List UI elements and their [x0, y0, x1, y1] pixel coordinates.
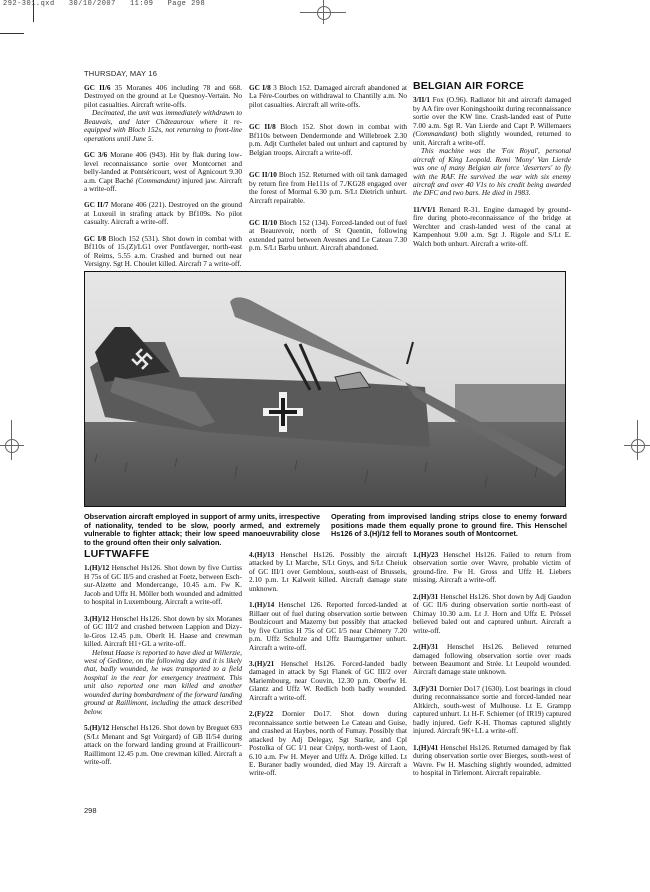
luftwaffe-column-3: 1.(H)/23 Henschel Hs126. Failed to retur… [413, 551, 571, 785]
entry-note: Decimated, the unit was immediately with… [84, 109, 242, 143]
entry: 2.(H)/31 Henschel Hs126. Believed return… [413, 643, 571, 677]
entry: 3.(H)/21 Henschel Hs126. Forced-landed b… [249, 660, 407, 702]
entry: GC II/10 Bloch 152 (134). Forced-landed … [249, 219, 407, 253]
entry: GC II/8 Bloch 152. Shot down in combat w… [249, 123, 407, 157]
crashed-aircraft-image [85, 272, 566, 507]
crop-mark [33, 0, 34, 22]
entry: GC II/6 35 Moranes 406 including 78 and … [84, 84, 242, 109]
entry: GC I/8 3 Bloch 152. Damaged aircraft aba… [249, 84, 407, 109]
registration-mark-icon [637, 420, 638, 460]
luftwaffe-column-1: LUFTWAFFE 1.(H)/12 Henschel Hs126. Shot … [84, 550, 242, 774]
crop-mark [0, 33, 24, 34]
running-head: THURSDAY, MAY 16 [84, 69, 157, 78]
entry: 3/II/1 Fox (O.96). Radiator hit and airc… [413, 96, 571, 147]
entry: 1.(H)/23 Henschel Hs126. Failed to retur… [413, 551, 571, 585]
registration-mark-icon [0, 445, 24, 446]
french-column-1: GC II/6 35 Moranes 406 including 78 and … [84, 84, 242, 277]
entry: 1.(H)/14 Henschel 126. Reported forced-l… [249, 601, 407, 652]
registration-mark-icon [317, 6, 331, 20]
photo-caption-right: Operating from improvised landing strips… [331, 513, 567, 539]
registration-mark-icon [5, 439, 19, 453]
entry-note: This machine was the 'Fox Royal', person… [413, 147, 571, 198]
entry: 1.(H)/41 Henschel Hs126. Returned damage… [413, 744, 571, 778]
entry: 1.(H)/12 Henschel Hs126. Shot down by fi… [84, 564, 242, 606]
entry: GC II/7 Morane 406 (221). Destroyed on t… [84, 201, 242, 226]
section-title-luftwaffe: LUFTWAFFE [84, 550, 242, 558]
entry: 3.(F)/31 Dornier Do17 (1630). Lost beari… [413, 685, 571, 736]
entry: 11/VI/1 Renard R-31. Engine damaged by g… [413, 206, 571, 248]
registration-mark-icon [631, 439, 645, 453]
entry: 5.(H)/12 Henschel Hs126. Shot down by Br… [84, 724, 242, 766]
entry: GC 3/6 Morane 406 (943). Hit by flak dur… [84, 151, 242, 193]
entry: GC II/10 Bloch 152. Returned with oil ta… [249, 171, 407, 205]
page-number: 298 [84, 806, 97, 815]
entry: 3.(H)/12 Henschel Hs126. Shot down by si… [84, 615, 242, 649]
entry-note: Helmut Haase is reported to have died at… [84, 649, 242, 717]
registration-mark-icon [323, 0, 324, 24]
entry: 4.(H)/13 Henschel Hs126. Possibly the ai… [249, 551, 407, 593]
entry: 2.(H)/31 Henschel Hs126. Shot down by Ad… [413, 593, 571, 635]
french-column-2: GC I/8 3 Bloch 152. Damaged aircraft aba… [249, 84, 407, 261]
entry: 2.(F)/22 Dornier Do17. Shot down during … [249, 710, 407, 778]
photo-caption-left: Observation aircraft employed in support… [84, 513, 320, 547]
aircraft-photo [84, 271, 566, 507]
registration-mark-icon [11, 420, 12, 460]
section-title-belgian: BELGIAN AIR FORCE [413, 82, 571, 90]
belgian-column: BELGIAN AIR FORCE 3/II/1 Fox (O.96). Rad… [413, 82, 571, 256]
luftwaffe-column-2: 4.(H)/13 Henschel Hs126. Possibly the ai… [249, 551, 407, 786]
entry: GC I/8 Bloch 152 (531). Shot down in com… [84, 235, 242, 269]
